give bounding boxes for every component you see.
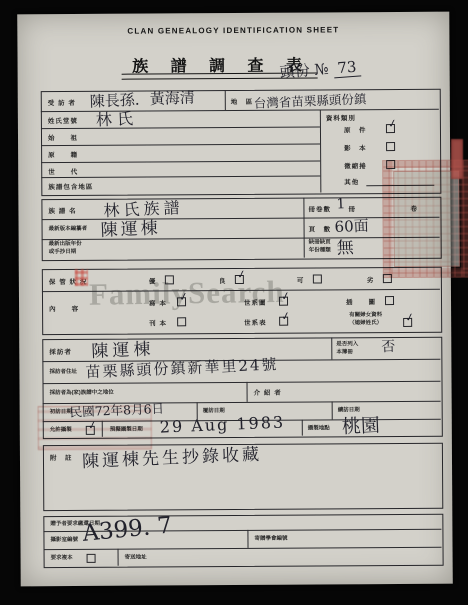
pubdate-label-line2: 或手抄日期 <box>49 249 77 256</box>
film-place-value: 桃園 <box>341 410 380 439</box>
red-edge-stamp <box>451 139 463 179</box>
request-copy-label: 要求複本 <box>51 555 73 562</box>
content-illustration-label: 插 圖 <box>346 297 376 306</box>
listed-label-line1: 是否列入 <box>336 341 358 348</box>
condition-excellent-checkbox <box>165 275 174 284</box>
volumes-unit1: 冊 <box>348 204 356 213</box>
compiler-value: 陳運棟 <box>100 213 161 240</box>
listed-label-line2: 本簿冊 <box>336 349 353 356</box>
film-place-label: 攝製地點 <box>308 425 330 432</box>
content-printed-label: 刊 本 <box>149 318 167 327</box>
material-type-header: 資料類別 <box>326 113 356 122</box>
interviewer-address-label: 採訪者住址 <box>49 369 77 376</box>
english-title: CLAN GENEALOGY IDENTIFICATION SHEET <box>113 25 353 35</box>
film-room-number-label: 攝影室編號 <box>50 537 78 544</box>
coverage-area-label: 族譜包含地區 <box>48 182 93 191</box>
interviewer-position-label: 採訪者為(家)族譜中之地位 <box>50 390 114 397</box>
surname-hall-value: 林 氏 <box>95 106 133 131</box>
material-original-label: 原 件 <box>344 125 367 134</box>
condition-fair-checkbox <box>313 274 322 283</box>
condition-poor-label: 劣 <box>367 275 375 284</box>
content-pedigree-table-label: 世系表 <box>244 318 267 327</box>
condition-fair-label: 可 <box>297 276 305 285</box>
genealogy-form-page: CLAN GENEALOGY IDENTIFICATION SHEET 族 譜 … <box>17 12 452 587</box>
scanned-microfilm-frame: CLAN GENEALOGY IDENTIFICATION SHEET 族 譜 … <box>0 0 468 605</box>
first-ancestor-label: 始 祖 <box>48 133 78 142</box>
volumes-label: 冊卷數 <box>308 204 331 213</box>
introducer-label: 介 紹 者 <box>254 388 282 397</box>
red-stamp-fragment <box>75 269 88 286</box>
serial-prefix: 頭份 № <box>279 60 329 82</box>
content-pedigree-chart-label: 世系圖 <box>244 298 267 307</box>
notes-label: 附 註 <box>50 453 73 462</box>
content-illustration-checkbox <box>385 296 394 305</box>
area-label: 地 區 <box>231 97 254 106</box>
content-manuscript-label: 寫 本 <box>149 298 167 307</box>
content-printed-checkbox <box>177 317 186 326</box>
condition-excellent-label: 優 <box>149 276 157 285</box>
missing-value: 無 <box>336 233 354 259</box>
surname-hall-label: 姓氏堂號 <box>48 116 78 125</box>
mailing-address-label: 寄送地址 <box>125 555 147 562</box>
request-copy-checkbox <box>87 554 96 563</box>
genealogy-name-label: 族 譜 名 <box>48 206 76 215</box>
original-domicile-label: 原 籍 <box>48 150 78 159</box>
volumes-value: 1 <box>336 196 346 212</box>
compiler-label: 最新版本編纂者 <box>49 226 88 233</box>
generations-label: 世 代 <box>48 167 78 176</box>
material-other-label: 其他 <box>344 177 359 186</box>
material-photocopy-label: 影 本 <box>344 143 367 152</box>
red-stamp-faint <box>38 406 152 451</box>
condition-good-label: 良 <box>219 276 227 285</box>
serial-no: 73 <box>333 57 361 78</box>
missing-label-line1: 缺冊缺頁 <box>309 239 331 246</box>
pubdate-label-line1: 最新出版年份 <box>49 241 82 248</box>
interviewer-label: 採訪者 <box>49 347 72 356</box>
pages-label: 頁 數 <box>309 224 332 233</box>
material-photocopy-checkbox <box>386 142 395 151</box>
interviewee-label: 受 訪 者 <box>48 98 76 107</box>
content-women-label-line2: （媳婦姓氏） <box>349 320 382 327</box>
material-microfilm-label: 微縮捲 <box>344 161 367 170</box>
missing-label-line2: 年份種類 <box>309 247 331 254</box>
listed-value: 否 <box>381 336 396 357</box>
content-label: 內 容 <box>49 304 79 313</box>
content-women-label-line1: 有關婦女資料 <box>349 312 382 319</box>
society-number-label: 寄贈學會編號 <box>254 536 287 543</box>
